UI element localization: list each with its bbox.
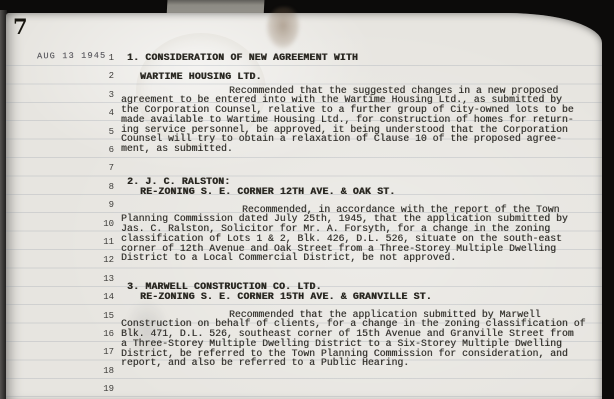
item-2-subtitle: RE-ZONING S. E. CORNER 12TH AVE. & OAK S… bbox=[121, 187, 599, 197]
line-number: 9 bbox=[88, 200, 114, 210]
line-number: 7 bbox=[88, 163, 114, 173]
line-number: 19 bbox=[88, 384, 114, 394]
line-number: 3 bbox=[88, 90, 114, 100]
line-number: 10 bbox=[88, 219, 114, 229]
line-number: 12 bbox=[88, 255, 114, 265]
line-number-column: 12345678910111213141516171819 bbox=[88, 13, 114, 399]
line-number: 2 bbox=[88, 71, 114, 81]
item-2-body: Recommended, in accordance with the repo… bbox=[121, 205, 599, 263]
ink-stain bbox=[266, 7, 300, 49]
line-number: 6 bbox=[88, 145, 114, 155]
line-number: 16 bbox=[88, 329, 114, 339]
item-1-body: Recommended that the suggested changes i… bbox=[121, 86, 599, 154]
line-number: 5 bbox=[88, 127, 114, 137]
line-number: 8 bbox=[88, 182, 114, 192]
line-number: 4 bbox=[88, 108, 114, 118]
typed-line: report, and also be referred to a Public… bbox=[121, 358, 599, 368]
minute-item-1: 1. CONSIDERATION OF NEW AGREEMENT WITH W… bbox=[121, 53, 599, 154]
typed-line: District to a Local Commercial District,… bbox=[121, 253, 599, 263]
minute-item-2: 2. J. C. RALSTON: RE-ZONING S. E. CORNER… bbox=[121, 177, 599, 263]
line-number: 17 bbox=[88, 347, 114, 357]
typed-line: ment, as submitted. bbox=[121, 144, 599, 154]
line-number: 14 bbox=[88, 292, 114, 302]
line-number: 15 bbox=[88, 311, 114, 321]
line-number: 1 bbox=[88, 53, 114, 63]
page-number: 7 bbox=[13, 14, 28, 39]
line-number: 13 bbox=[88, 274, 114, 284]
scanned-minutes-page: 7 AUG 13 1945 12345678910111213141516171… bbox=[0, 0, 614, 399]
minute-item-3: 3. MARWELL CONSTRUCTION CO. LTD. RE-ZONI… bbox=[121, 282, 599, 368]
paper-sheet: 7 AUG 13 1945 12345678910111213141516171… bbox=[6, 13, 602, 399]
item-3-body: Recommended that the application submitt… bbox=[121, 310, 599, 368]
item-1-title: 1. CONSIDERATION OF NEW AGREEMENT WITH bbox=[121, 53, 599, 63]
item-3-subtitle: RE-ZONING S. E. CORNER 15TH AVE. & GRANV… bbox=[121, 292, 599, 302]
line-number: 18 bbox=[88, 366, 114, 376]
line-number: 11 bbox=[88, 237, 114, 247]
item-1-subtitle: WARTIME HOUSING LTD. bbox=[121, 72, 599, 82]
